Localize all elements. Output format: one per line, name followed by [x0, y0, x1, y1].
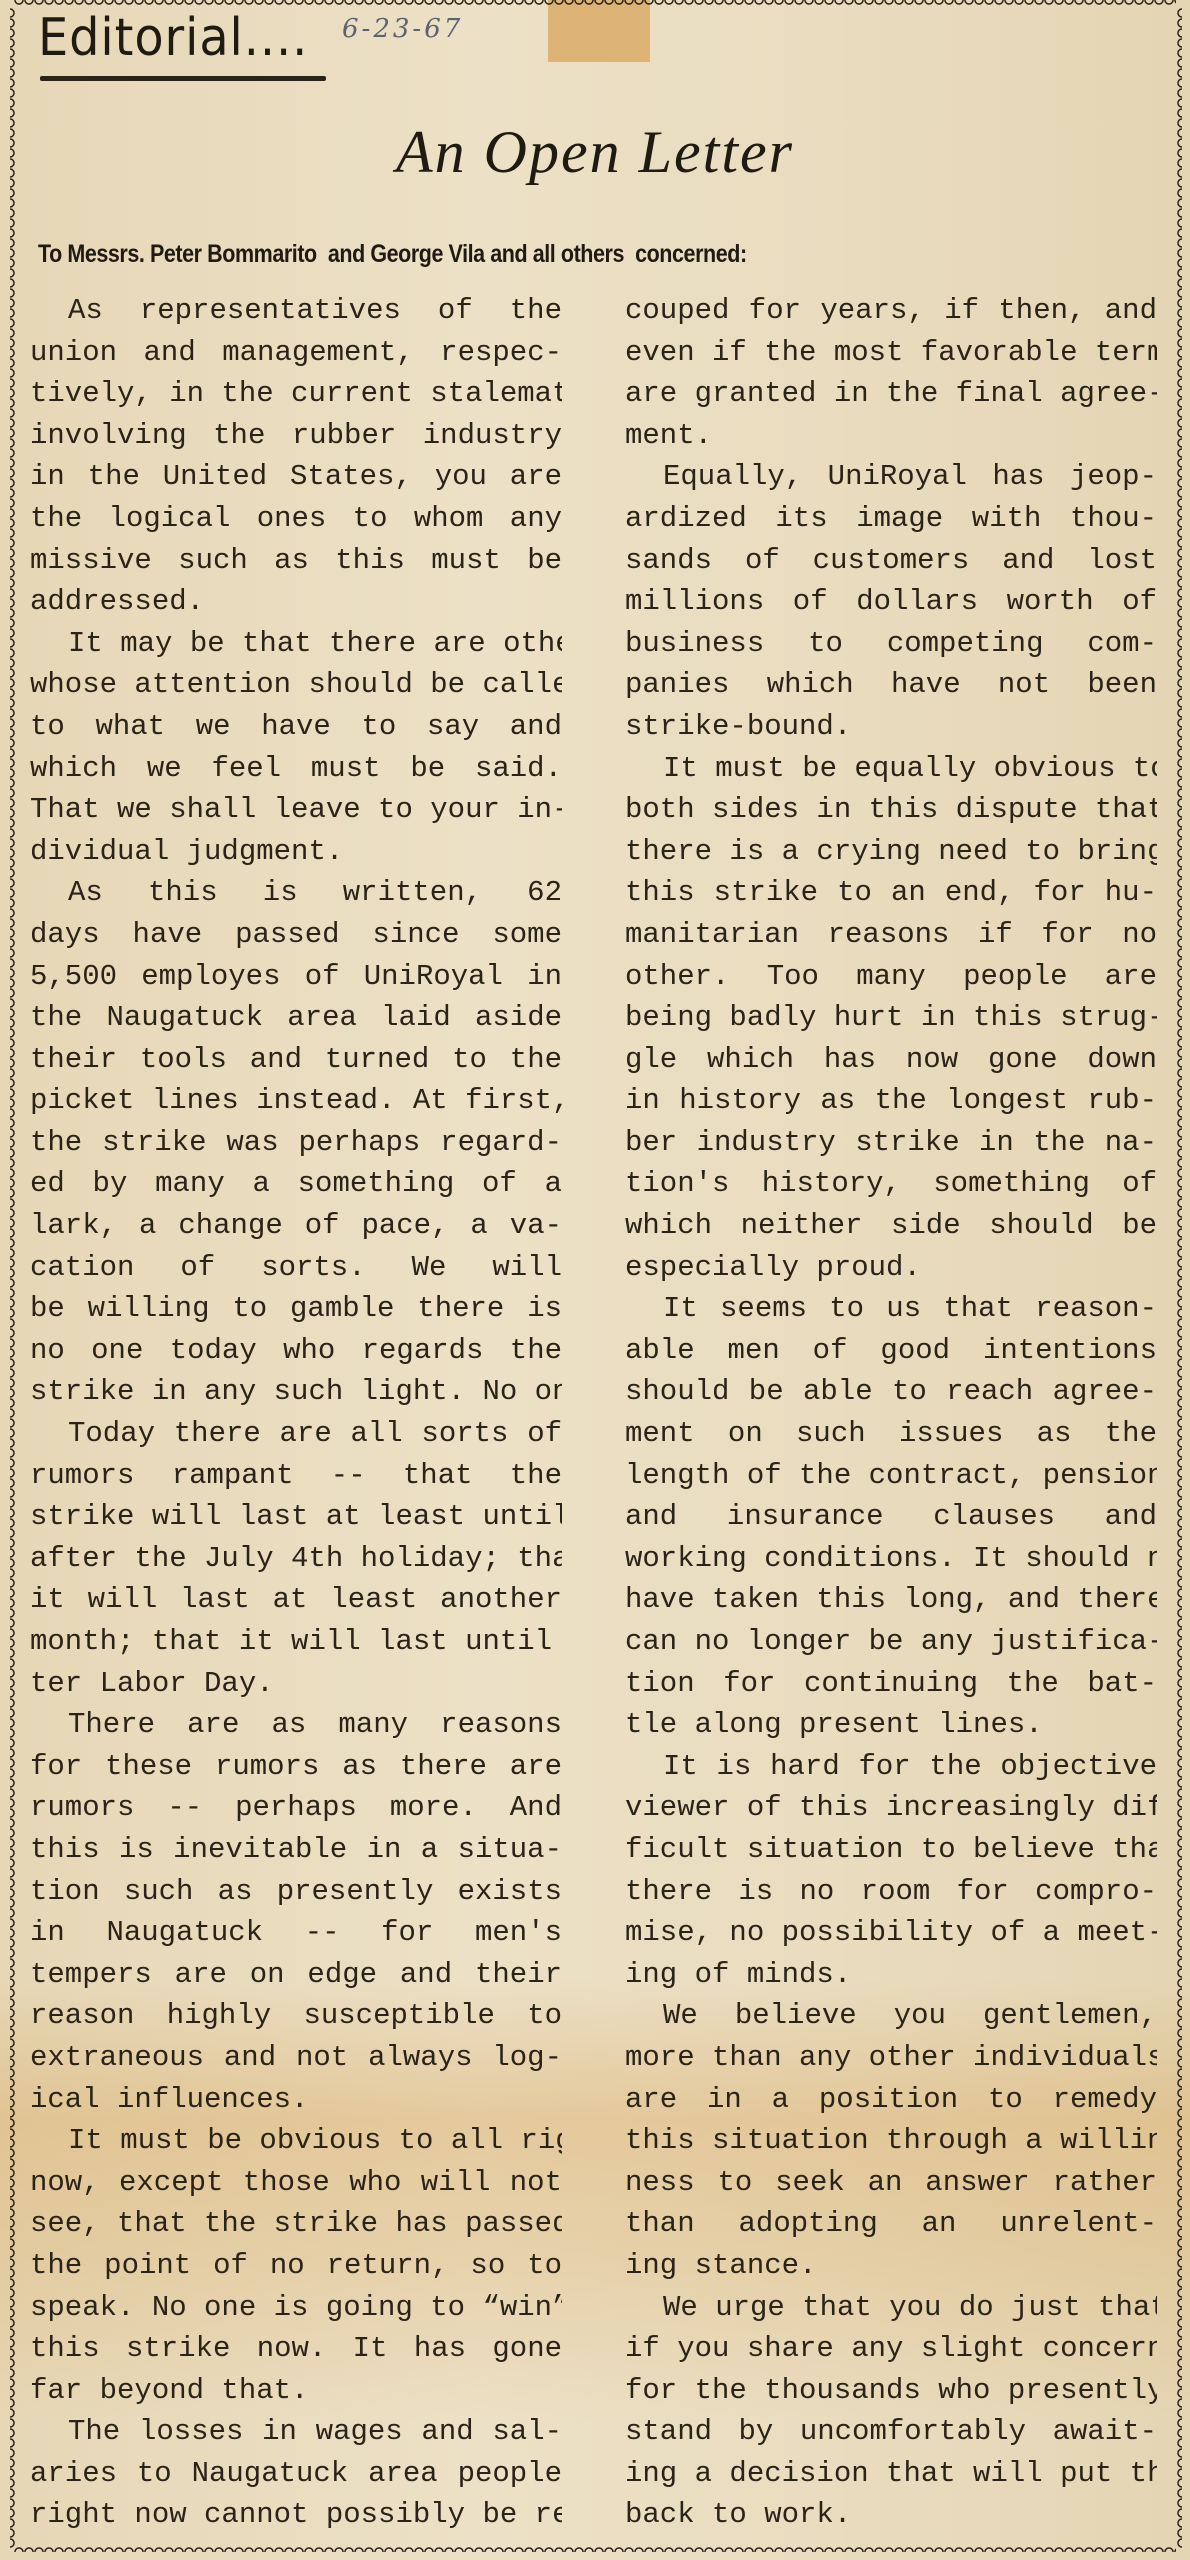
text-line: picket lines instead. At first, [30, 1080, 562, 1122]
text-line: far beyond that. [30, 2370, 562, 2412]
text-line: couped for years, if then, and [625, 290, 1157, 332]
text-line: It must be equally obvious to [625, 748, 1157, 790]
text-line: being badly hurt in this strug- [625, 997, 1157, 1039]
text-line: ness to seek an answer rather [625, 2162, 1157, 2204]
text-line: the strike was perhaps regard- [30, 1122, 562, 1164]
text-line: There are as many reasons [30, 1704, 562, 1746]
text-line: ical influences. [30, 2079, 562, 2121]
text-line: and insurance clauses and [625, 1496, 1157, 1538]
text-line: tion such as presently exists [30, 1871, 562, 1913]
text-line: reason highly susceptible to [30, 1995, 562, 2037]
text-line: tively, in the current stalemate [30, 373, 562, 415]
text-line: speak. No one is going to “win” [30, 2287, 562, 2329]
text-line: strike-bound. [625, 706, 1157, 748]
text-line: We urge that you do just that, [625, 2287, 1157, 2329]
text-line: now, except those who will not [30, 2162, 562, 2204]
wavy-border-bottom [14, 2544, 1176, 2552]
text-line: tion for continuing the bat- [625, 1663, 1157, 1705]
text-line: ing stance. [625, 2245, 1157, 2287]
section-underline [40, 76, 326, 81]
text-line: dividual judgment. [30, 831, 562, 873]
text-line: As representatives of the [30, 290, 562, 332]
text-line: back to work. [625, 2494, 1157, 2536]
text-line: it will last at least another [30, 1579, 562, 1621]
text-line: for the thousands who presently [625, 2370, 1157, 2412]
text-line: be willing to gamble there is [30, 1288, 562, 1330]
text-line: 5,500 employes of UniRoyal in [30, 956, 562, 998]
text-line: extraneous and not always log- [30, 2037, 562, 2079]
text-line: which we feel must be said. [30, 748, 562, 790]
text-line: other. Too many people are [625, 956, 1157, 998]
text-line: are in a position to remedy [625, 2079, 1157, 2121]
text-line: ter Labor Day. [30, 1663, 562, 1705]
text-line: ment on such issues as the [625, 1413, 1157, 1455]
text-line: even if the most favorable terms [625, 332, 1157, 374]
wavy-border-right [1174, 8, 1182, 2548]
text-line: in history as the longest rub- [625, 1080, 1157, 1122]
text-line: right now cannot possibly be re- [30, 2494, 562, 2536]
text-line: Today there are all sorts of [30, 1413, 562, 1455]
wavy-border-top [14, 0, 1176, 8]
text-line: missive such as this must be [30, 540, 562, 582]
text-column-right: couped for years, if then, andeven if th… [625, 290, 1157, 2536]
text-line: We believe you gentlemen, [625, 1995, 1157, 2037]
text-line: gle which has now gone down [625, 1039, 1157, 1081]
text-line: able men of good intentions [625, 1330, 1157, 1372]
text-line: should be able to reach agree- [625, 1371, 1157, 1413]
text-line: viewer of this increasingly dif- [625, 1787, 1157, 1829]
article-title: An Open Letter [0, 118, 1190, 187]
text-line: panies which have not been [625, 664, 1157, 706]
text-line: ment. [625, 415, 1157, 457]
text-line: aries to Naugatuck area people [30, 2453, 562, 2495]
text-line: the Naugatuck area laid aside [30, 997, 562, 1039]
text-line: rumors -- perhaps more. And [30, 1787, 562, 1829]
text-line: are granted in the final agree- [625, 373, 1157, 415]
salutation: To Messrs. Peter Bommarito and George Vi… [38, 240, 747, 269]
wavy-border-left [10, 8, 18, 2548]
text-line: As this is written, 62 [30, 872, 562, 914]
text-line: ficult situation to believe that [625, 1829, 1157, 1871]
text-line: month; that it will last until af- [30, 1621, 562, 1663]
text-line: tle along present lines. [625, 1704, 1157, 1746]
text-line: can no longer be any justifica- [625, 1621, 1157, 1663]
text-line: days have passed since some [30, 914, 562, 956]
text-line: tempers are on edge and their [30, 1954, 562, 1996]
text-line: union and management, respec- [30, 332, 562, 374]
text-line: ed by many a something of a [30, 1163, 562, 1205]
text-line: the point of no return, so to [30, 2245, 562, 2287]
text-line: this situation through a willing- [625, 2120, 1157, 2162]
tape-strip [548, 0, 650, 62]
text-line: in the United States, you are [30, 456, 562, 498]
text-line: this strike now. It has gone [30, 2328, 562, 2370]
text-line: lark, a change of pace, a va- [30, 1205, 562, 1247]
text-line: more than any other individuals, [625, 2037, 1157, 2079]
text-line: sands of customers and lost [625, 540, 1157, 582]
text-line: business to competing com- [625, 623, 1157, 665]
text-line: addressed. [30, 581, 562, 623]
text-line: mise, no possibility of a meet- [625, 1912, 1157, 1954]
text-line: see, that the strike has passed [30, 2203, 562, 2245]
text-line: ing a decision that will put them [625, 2453, 1157, 2495]
text-line: if you share any slight concern [625, 2328, 1157, 2370]
text-line: ber industry strike in the na- [625, 1122, 1157, 1164]
text-line: in Naugatuck -- for men's [30, 1912, 562, 1954]
text-line: there is no room for compro- [625, 1871, 1157, 1913]
text-line: ardized its image with thou- [625, 498, 1157, 540]
text-line: this is inevitable in a situa- [30, 1829, 562, 1871]
text-line: whose attention should be called [30, 664, 562, 706]
text-line: millions of dollars worth of [625, 581, 1157, 623]
text-line: It is hard for the objective [625, 1746, 1157, 1788]
text-line: It may be that there are others [30, 623, 562, 665]
text-line: It seems to us that reason- [625, 1288, 1157, 1330]
section-label: Editorial.... [38, 8, 308, 68]
text-line: working conditions. It should not [625, 1538, 1157, 1580]
text-line: their tools and turned to the [30, 1039, 562, 1081]
text-line: rumors rampant -- that the [30, 1455, 562, 1497]
text-line: length of the contract, pension [625, 1455, 1157, 1497]
text-line: both sides in this dispute that [625, 789, 1157, 831]
text-line: manitarian reasons if for no [625, 914, 1157, 956]
text-line: cation of sorts. We will [30, 1247, 562, 1289]
text-line: That we shall leave to your in- [30, 789, 562, 831]
text-line: this strike to an end, for hu- [625, 872, 1157, 914]
text-line: Equally, UniRoyal has jeop- [625, 456, 1157, 498]
text-line: especially proud. [625, 1247, 1157, 1289]
text-line: no one today who regards the [30, 1330, 562, 1372]
text-line: tion's history, something of [625, 1163, 1157, 1205]
text-line: the logical ones to whom any [30, 498, 562, 540]
text-line: ing of minds. [625, 1954, 1157, 1996]
text-line: The losses in wages and sal- [30, 2411, 562, 2453]
text-line: strike in any such light. No one. [30, 1371, 562, 1413]
text-line: strike will last at least until [30, 1496, 562, 1538]
text-line: stand by uncomfortably await- [625, 2411, 1157, 2453]
text-line: there is a crying need to bring [625, 831, 1157, 873]
handwritten-date: 6-23-67 [342, 14, 463, 44]
text-line: It must be obvious to all right [30, 2120, 562, 2162]
text-line: than adopting an unrelent- [625, 2203, 1157, 2245]
text-line: for these rumors as there are [30, 1746, 562, 1788]
text-line: which neither side should be [625, 1205, 1157, 1247]
text-line: involving the rubber industry [30, 415, 562, 457]
text-line: have taken this long, and there [625, 1579, 1157, 1621]
text-column-left: As representatives of theunion and manag… [30, 290, 562, 2536]
text-line: to what we have to say and [30, 706, 562, 748]
text-line: after the July 4th holiday; that [30, 1538, 562, 1580]
